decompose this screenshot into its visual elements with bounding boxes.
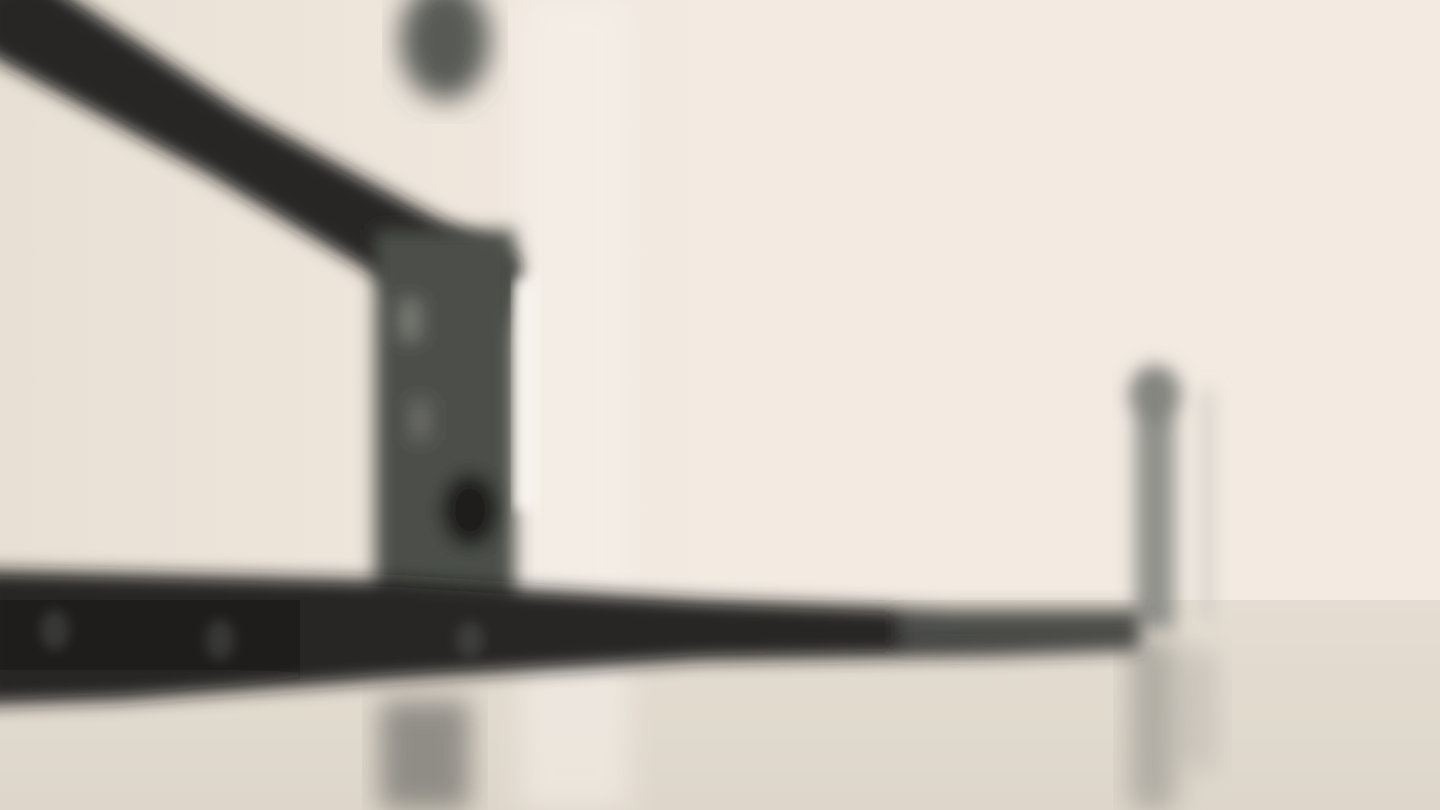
photo-canvas: [0, 0, 1440, 810]
bridge-photograph: Heavily blurred, sepia-toned misty photo…: [0, 0, 1440, 810]
